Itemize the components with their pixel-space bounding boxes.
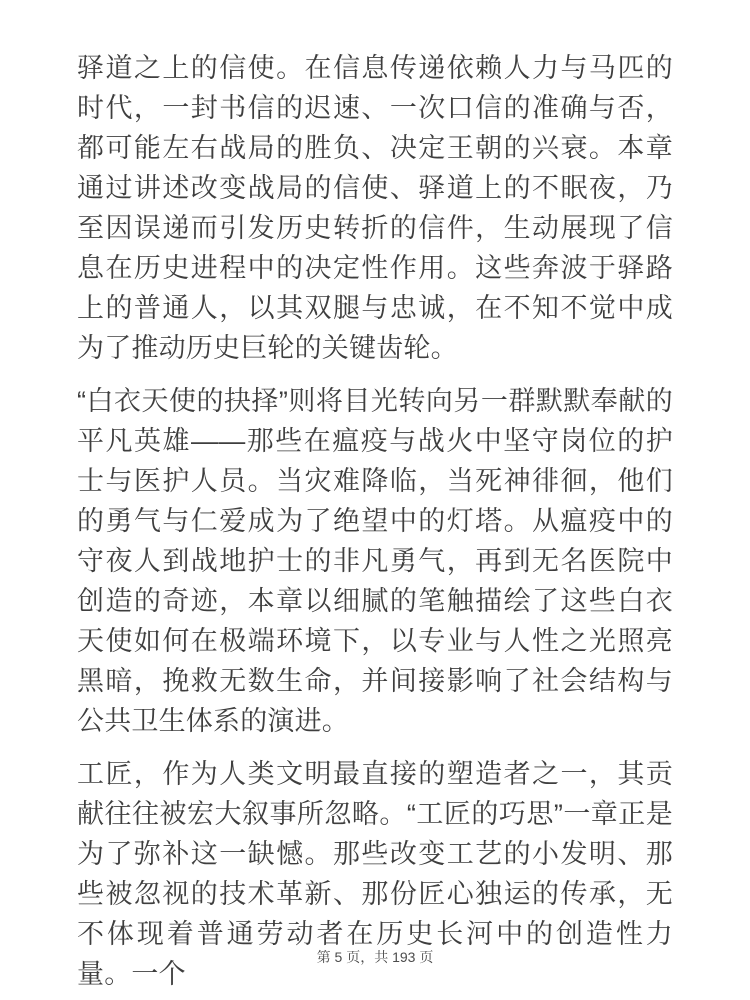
page-number-footer: 第 5 页，共 193 页 (0, 948, 750, 966)
body-paragraph-1: 驿道之上的信使。在信息传递依赖人力与马匹的时代，一封书信的迟速、一次口信的准确与… (77, 48, 673, 368)
body-paragraph-2: “白衣天使的抉择”则将目光转向另一群默默奉献的平凡英雄——那些在瘟疫与战火中坚守… (77, 381, 673, 741)
document-page: 驿道之上的信使。在信息传递依赖人力与马匹的时代，一封书信的迟速、一次口信的准确与… (0, 0, 750, 1000)
